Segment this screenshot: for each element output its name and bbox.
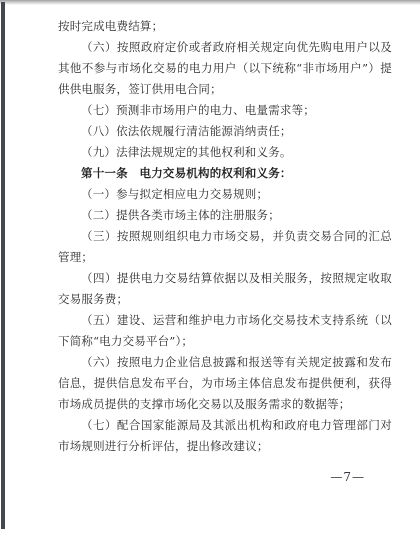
paragraph-item-2: （二）提供各类市场主体的注册服务；	[58, 205, 392, 226]
scan-left-edge-strip	[1, 2, 5, 529]
paragraph-item-5: （五）建设、运营和维护电力市场化交易技术支持系统（以下简称“电力交易平台”）；	[58, 310, 392, 352]
paragraph-item-9: （九）法律法规规定的其他权利和义务。	[58, 142, 392, 163]
paragraph-item-6b: （六）按照电力企业信息披露和报送等有关规定披露和发布信息，提供信息发布平台，为市…	[58, 352, 392, 415]
paragraph-item-7b: （七）配合国家能源局及其派出机构和政府电力管理部门对市场规则进行分析评估，提出修…	[58, 415, 392, 457]
article-11-heading: 第十一条 电力交易机构的权利和义务：	[58, 163, 392, 184]
paragraph-item-3: （三）按照规则组织电力市场交易，并负责交易合同的汇总管理；	[58, 226, 392, 268]
paragraph-item-7: （七）预测非市场用户的电力、电量需求等；	[58, 100, 392, 121]
document-body: 按时完成电费结算； （六）按照政府定价或者政府相关规定向优先购电用户以及其他不参…	[58, 16, 392, 457]
paragraph-continuation: 按时完成电费结算；	[58, 16, 392, 37]
document-page: 按时完成电费结算； （六）按照政府定价或者政府相关规定向优先购电用户以及其他不参…	[0, 0, 420, 540]
scan-top-shadow	[0, 0, 420, 5]
page-number: —7—	[330, 470, 365, 484]
paragraph-item-6: （六）按照政府定价或者政府相关规定向优先购电用户以及其他不参与市场化交易的电力用…	[58, 37, 392, 100]
paragraph-item-8: （八）依法依规履行清洁能源消纳责任；	[58, 121, 392, 142]
paragraph-item-1: （一）参与拟定相应电力交易规则；	[58, 184, 392, 205]
paragraph-item-4: （四）提供电力交易结算依据以及相关服务，按照规定收取交易服务费；	[58, 268, 392, 310]
